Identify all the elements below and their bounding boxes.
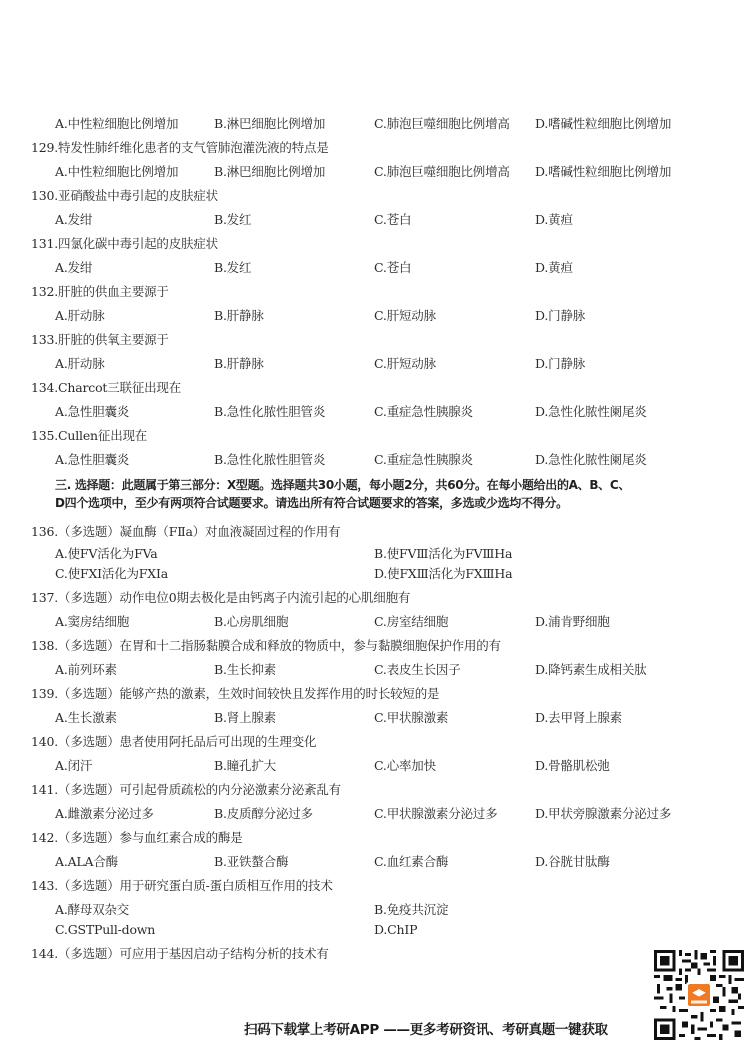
option-137-d: D.浦肯野细胞	[535, 614, 610, 630]
option-140-a: A.闭汗	[55, 758, 92, 774]
option-135-a: A.急性胆囊炎	[55, 452, 129, 468]
option-143-c: C.GSTPull-down	[55, 922, 155, 938]
option-129-b: B.淋巴细胞比例增加	[214, 164, 325, 180]
option-139-c: C.甲状腺激素	[374, 710, 448, 726]
option-139-b: B.肾上腺素	[214, 710, 276, 726]
option-136-a: A.使FV活化为FVa	[55, 546, 158, 562]
option-142-a: A.ALA合酶	[55, 854, 118, 870]
option-130-d: D.黄疸	[535, 212, 573, 228]
option-142-c: C.血红素合酶	[374, 854, 448, 870]
question-142-stem: 142.（多选题）参与血红素合成的酶是	[31, 830, 243, 846]
question-130-stem: 130.亚硝酸盐中毒引起的皮肤症状	[31, 188, 218, 204]
option-138-b: B.生长抑素	[214, 662, 276, 678]
option-129-d: D.嗜碱性粒细胞比例增加	[535, 164, 671, 180]
option-133-d: D.门静脉	[535, 356, 585, 372]
section-3-instructions: 三. 选择题：此题属于第三部分：X型题。选择题共30小题，每小题2分，共60分。…	[55, 476, 705, 512]
exam-page: A.中性粒细胞比例增加 B.淋巴细胞比例增加 C.肺泡巨噬细胞比例增高 D.嗜碱…	[0, 0, 750, 1061]
option-133-b: B.肝静脉	[214, 356, 264, 372]
option-141-c: C.甲状腺激素分泌过多	[374, 806, 497, 822]
question-138-stem: 138.（多选题）在胃和十二指肠黏膜合成和释放的物质中，参与黏膜细胞保护作用的有	[31, 638, 501, 654]
option-135-d: D.急性化脓性阑尾炎	[535, 452, 647, 468]
option-137-c: C.房室结细胞	[374, 614, 448, 630]
option-134-d: D.急性化脓性阑尾炎	[535, 404, 647, 420]
option-128-d: D.嗜碱性粒细胞比例增加	[535, 116, 671, 132]
option-131-a: A.发绀	[55, 260, 92, 276]
option-140-c: C.心率加快	[374, 758, 436, 774]
section-3-line-2: D四个选项中，至少有两项符合试题要求。请选出所有符合试题要求的答案，多选或少选均…	[55, 494, 705, 512]
question-143-stem: 143.（多选题）用于研究蛋白质-蛋白质相互作用的技术	[31, 878, 333, 894]
option-142-b: B.亚铁螯合酶	[214, 854, 288, 870]
option-137-b: B.心房肌细胞	[214, 614, 288, 630]
question-129-stem: 129.特发性肺纤维化患者的支气管肺泡灌洗液的特点是	[31, 140, 329, 156]
option-130-b: B.发红	[214, 212, 251, 228]
option-132-b: B.肝静脉	[214, 308, 264, 324]
option-130-a: A.发绀	[55, 212, 92, 228]
section-3-line-1: 三. 选择题：此题属于第三部分：X型题。选择题共30小题，每小题2分，共60分。…	[55, 476, 705, 494]
option-140-b: B.瞳孔扩大	[214, 758, 276, 774]
option-135-b: B.急性化脓性胆管炎	[214, 452, 325, 468]
option-128-b: B.淋巴细胞比例增加	[214, 116, 325, 132]
question-136-stem: 136.（多选题）凝血酶（FⅡa）对血液凝固过程的作用有	[31, 524, 340, 540]
option-132-a: A.肝动脉	[55, 308, 105, 324]
option-133-c: C.肝短动脉	[374, 356, 436, 372]
option-143-b: B.免疫共沉淀	[374, 902, 448, 918]
option-139-a: A.生长激素	[55, 710, 117, 726]
question-141-stem: 141.（多选题）可引起骨质疏松的内分泌激素分泌紊乱有	[31, 782, 341, 798]
option-129-c: C.肺泡巨噬细胞比例增高	[374, 164, 510, 180]
question-135-stem: 135.Cullen征出现在	[31, 428, 147, 444]
option-136-c: C.使FXⅠ活化为FXⅠa	[55, 566, 168, 582]
question-140-stem: 140.（多选题）患者使用阿托品后可出现的生理变化	[31, 734, 316, 750]
option-135-c: C.重症急性胰腺炎	[374, 452, 473, 468]
question-139-stem: 139.（多选题）能够产热的激素，生效时间较快且发挥作用的时长较短的是	[31, 686, 439, 702]
option-132-d: D.门静脉	[535, 308, 585, 324]
option-131-d: D.黄疸	[535, 260, 573, 276]
question-132-stem: 132.肝脏的供血主要源于	[31, 284, 169, 300]
option-143-d: D.ChIP	[374, 922, 417, 938]
option-128-c: C.肺泡巨噬细胞比例增高	[374, 116, 510, 132]
option-143-a: A.酵母双杂交	[55, 902, 129, 918]
qr-code-icon[interactable]	[654, 950, 744, 1040]
option-134-b: B.急性化脓性胆管炎	[214, 404, 325, 420]
question-137-stem: 137.（多选题）动作电位0期去极化是由钙离子内流引起的心肌细胞有	[31, 590, 410, 606]
option-133-a: A.肝动脉	[55, 356, 105, 372]
option-138-c: C.表皮生长因子	[374, 662, 461, 678]
option-137-a: A.窦房结细胞	[55, 614, 129, 630]
option-138-a: A.前列环素	[55, 662, 117, 678]
option-131-b: B.发红	[214, 260, 251, 276]
question-134-stem: 134.Charcot三联征出现在	[31, 380, 181, 396]
option-141-d: D.甲状旁腺激素分泌过多	[535, 806, 671, 822]
app-promo-text: 扫码下载掌上考研APP ——更多考研资讯、考研真题一键获取	[244, 1018, 608, 1038]
option-136-d: D.使FXⅢ活化为FXⅢHa	[374, 566, 512, 582]
option-134-a: A.急性胆囊炎	[55, 404, 129, 420]
option-128-a: A.中性粒细胞比例增加	[55, 116, 178, 132]
option-140-d: D.骨骼肌松弛	[535, 758, 610, 774]
option-129-a: A.中性粒细胞比例增加	[55, 164, 178, 180]
option-134-c: C.重症急性胰腺炎	[374, 404, 473, 420]
option-136-b: B.使FVⅢ活化为FVⅢHa	[374, 546, 512, 562]
option-132-c: C.肝短动脉	[374, 308, 436, 324]
option-142-d: D.谷胱甘肽酶	[535, 854, 610, 870]
question-131-stem: 131.四氯化碳中毒引起的皮肤症状	[31, 236, 218, 252]
option-141-a: A.雌激素分泌过多	[55, 806, 154, 822]
option-130-c: C.苍白	[374, 212, 411, 228]
option-139-d: D.去甲肾上腺素	[535, 710, 622, 726]
option-131-c: C.苍白	[374, 260, 411, 276]
question-144-stem: 144.（多选题）可应用于基因启动子结构分析的技术有	[31, 946, 329, 962]
option-138-d: D.降钙素生成相关肽	[535, 662, 647, 678]
option-141-b: B.皮质醇分泌过多	[214, 806, 313, 822]
question-133-stem: 133.肝脏的供氧主要源于	[31, 332, 169, 348]
